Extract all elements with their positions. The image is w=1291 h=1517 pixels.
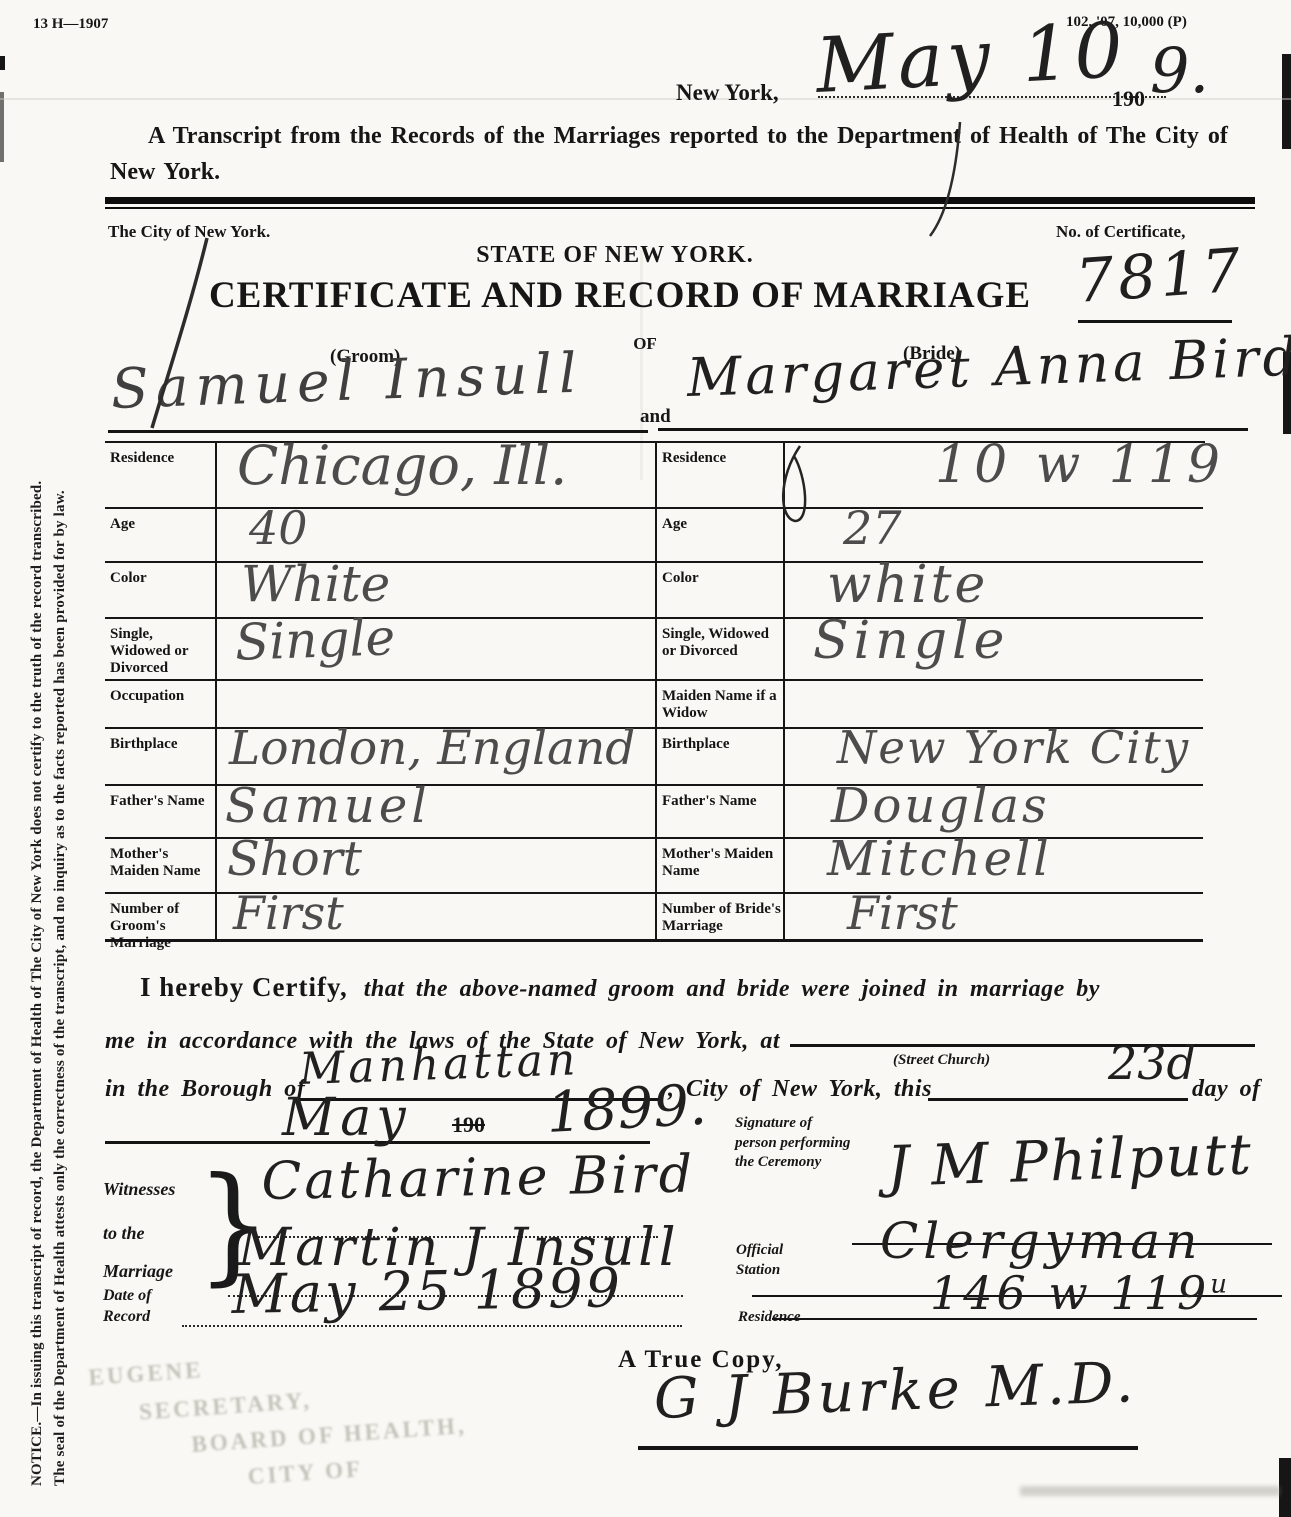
row-label: Age [657,509,783,533]
row-label: Birthplace [657,729,783,753]
day-of-label: day of [1192,1076,1261,1103]
row-label: Number of Groom's Marriage [105,894,215,951]
witnesses-to-the-label: to the [103,1222,145,1245]
registrar-signature-line [638,1446,1138,1450]
row-value-handwritten: New York City [837,725,1190,770]
row-value-handwritten: 10 w 119 [935,439,1226,491]
row-value-handwritten: Single [234,612,396,668]
month-handwritten: May [282,1092,411,1144]
section-divider-rule [105,197,1255,209]
date-of-record-line [182,1325,682,1327]
certify-line1: I hereby Certify, that the above-named g… [140,972,1100,1003]
official-label-line1: Official [736,1241,783,1261]
scan-artifact [0,56,5,70]
witness1-handwritten: Catharine Bird [261,1148,695,1208]
residence-line [772,1318,1257,1320]
row-label: Residence [105,443,215,467]
registrar-signature-handwritten: G J Burke M.D. [653,1355,1138,1428]
row-label: Color [657,563,783,587]
row-value-handwritten: Mitchell [827,835,1052,883]
certificate-no-label: No. of Certificate, [1056,222,1185,242]
row-value-handwritten: First [847,890,958,936]
marriage-certificate-document: NOTICE.—In issuing this transcript of re… [0,0,1291,1517]
city-mid-label: , City of New York, this [668,1076,932,1103]
margin-notice-line1: NOTICE.—In issuing this transcript of re… [26,228,49,1486]
row-value-handwritten: 40 [249,505,308,551]
scan-artifact [1282,54,1291,149]
street-church-label: (Street Church) [893,1051,990,1071]
row-label: Single, Widowed or Divorced [105,619,215,676]
celebrant-signature-handwritten: J M Philputt [886,1127,1254,1196]
date-of-record-label: Date of Record [103,1286,151,1328]
row-value-handwritten: white [827,559,988,611]
row-label: Color [105,563,215,587]
groom-name-handwritten: Samuel Insull [110,346,584,417]
day-underline [928,1098,1188,1101]
row-value-handwritten: 27 [843,505,902,551]
residence-value: 146 w 119 [930,1266,1210,1320]
residence-value-suffix: u [1210,1270,1231,1300]
bride-name-underline [658,428,1248,431]
ceremony-label-line1: Signature of [735,1114,850,1134]
scan-artifact [0,92,4,162]
date-of-record-line1: Date of [103,1286,151,1307]
margin-notice-line2: The seal of the Department of Health att… [49,228,72,1486]
and-label: and [640,406,671,428]
row-value-handwritten: Single [813,615,1009,667]
row-value-handwritten: Douglas [831,782,1050,830]
groom-name-underline [108,430,648,433]
paper-crease [0,98,1291,100]
place-label: New York, [676,80,779,106]
row-label: Occupation [105,681,215,705]
certify-bold: I hereby Certify, [140,972,348,1002]
row-label: Maiden Name if a Widow [657,681,783,722]
borough-pre-label: in the Borough of [105,1076,305,1103]
main-title: CERTIFICATE AND RECORD OF MARRIAGE [0,274,1240,317]
witnesses-marriage-label: Marriage [103,1260,173,1283]
state-title: STATE OF NEW YORK. [0,242,1230,269]
certify-rest: that the above-named groom and bride wer… [364,976,1100,1002]
transcript-paragraph: A Transcript from the Records of the Mar… [110,118,1250,190]
ceremony-label-line3: the Ceremony [735,1153,850,1173]
year-handwritten: 1899. [545,1078,708,1142]
row-label: Mother's Maiden Name [657,839,783,880]
row-value-handwritten: Short [227,835,362,883]
margin-notice: NOTICE.—In issuing this transcript of re… [26,228,102,1486]
ceremony-signature-label: Signature of person performing the Cerem… [735,1114,850,1173]
borough-handwritten: Manhattan [298,1038,580,1092]
certificate-number-underline [1078,320,1232,323]
year-printed: 190 [1112,86,1145,112]
table-row-residence: Residence Chicago, Ill. Residence 10 w 1… [105,443,1205,509]
table-row-marital-status: Single, Widowed or Divorced Single Singl… [105,619,1205,681]
certificate-number-handwritten: 7817 [1074,240,1246,312]
row-label: Father's Name [105,786,215,810]
row-label: Birthplace [105,729,215,753]
date-of-record-line2: Record [103,1307,151,1328]
residence-handwritten: 146 w 119u [930,1270,1231,1316]
details-table: Residence Chicago, Ill. Residence 10 w 1… [105,441,1205,942]
row-value-handwritten: London, England [229,725,635,772]
row-label: Father's Name [657,786,783,810]
witnesses-label: Witnesses [103,1178,175,1201]
row-value-handwritten: White [241,559,390,609]
row-value-handwritten: First [233,890,344,936]
row-value-handwritten: Chicago, Ill. [237,439,567,493]
scan-artifact [1279,1458,1291,1517]
table-row-marriage-number: Number of Groom's Marriage First Number … [105,894,1205,942]
row-label: Number of Bride's Marriage [657,894,783,935]
day-handwritten: 23d [1108,1040,1196,1086]
row-value-handwritten: Samuel [225,782,431,830]
official-station-handwritten: Clergyman [880,1216,1202,1266]
form-code-left: 13 H—1907 [33,16,108,33]
row-label: Residence [657,443,783,467]
printed-190-struck: 190 [452,1112,485,1138]
row-label: Mother's Maiden Name [105,839,215,880]
ceremony-label-line2: person performing [735,1134,850,1154]
row-label: Single, Widowed or Divorced [657,619,783,660]
stamp-line4: CITY OF [247,1449,470,1490]
row-label: Age [105,509,215,533]
scan-smudge [1020,1486,1280,1496]
table-row-color: Color White Color white [105,563,1205,619]
city-of-new-york-label: The City of New York. [108,222,270,242]
official-label-line2: Station [736,1261,783,1281]
date-handwritten: May 10 [814,12,1128,104]
year-digit-handwritten: 9. [1150,40,1209,102]
board-of-health-stamp: EUGENE SECRETARY, BOARD OF HEALTH, CITY … [88,1339,470,1501]
official-station-label: Official Station [736,1241,783,1280]
date-of-record-handwritten: May 25 1899 [231,1261,623,1322]
